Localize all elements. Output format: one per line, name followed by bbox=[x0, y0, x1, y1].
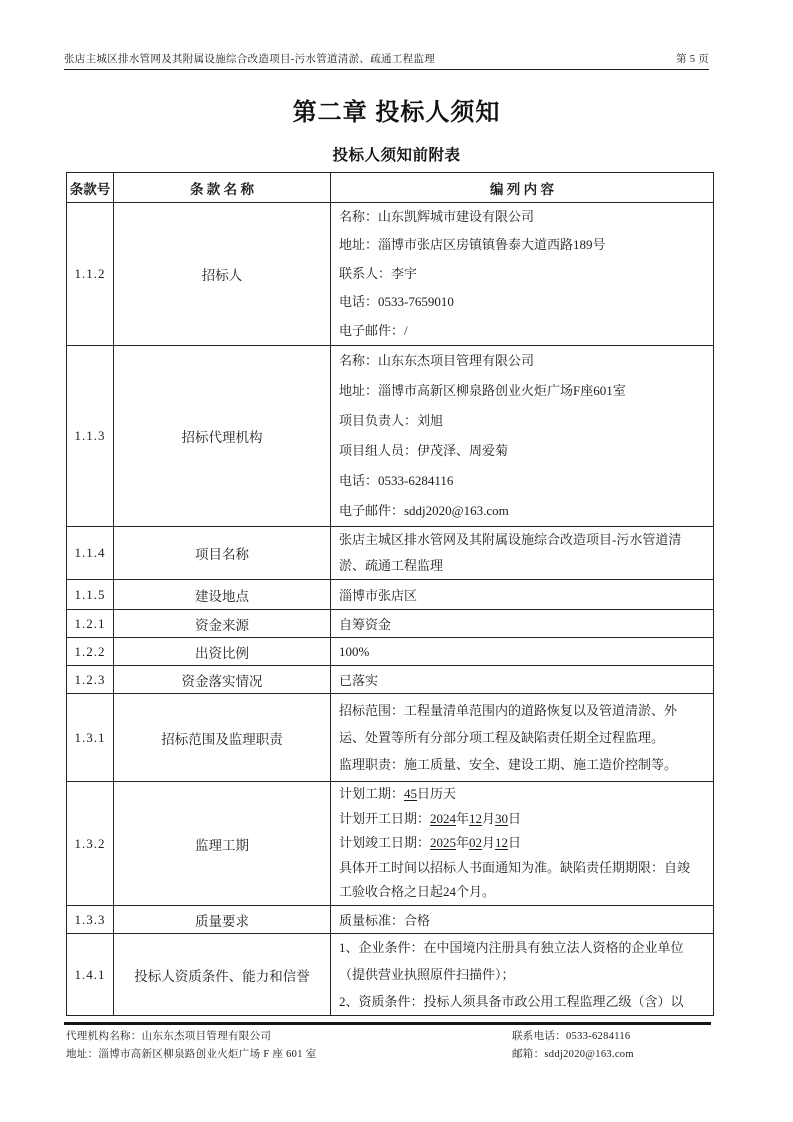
content-line: 电话：0533-6284116 bbox=[339, 466, 699, 496]
table-header-row: 条款号 条 款 名 称 编 列 内 容 bbox=[67, 173, 714, 203]
footer-line-2: 地址：淄博市高新区柳泉路创业火炬广场 F 座 601 室 邮箱：sddj2020… bbox=[66, 1046, 711, 1064]
clause-name: 资金来源 bbox=[114, 610, 331, 638]
clause-no: 1.2.2 bbox=[67, 638, 114, 666]
table-row-fund-source: 1.2.1 资金来源 自筹资金 bbox=[67, 610, 714, 638]
content-line: 地址：淄博市高新区柳泉路创业火炬广场F座601室 bbox=[339, 376, 699, 406]
table-subtitle: 投标人须知前附表 bbox=[0, 143, 793, 165]
clause-content: 100% bbox=[331, 638, 714, 666]
col-header-content: 编 列 内 容 bbox=[331, 173, 714, 203]
footer-divider bbox=[64, 1022, 711, 1025]
chapter-title: 第二章 投标人须知 bbox=[0, 92, 793, 127]
year-unit: 年 bbox=[456, 835, 469, 850]
running-header: 张店主城区排水管网及其附属设施综合改造项目-污水管道清淤、疏通工程监理 第 5 … bbox=[64, 51, 709, 70]
clause-name: 投标人资质条件、能力和信誉 bbox=[114, 934, 331, 1016]
content-line: 名称：山东东杰项目管理有限公司 bbox=[339, 346, 699, 376]
month-unit: 月 bbox=[482, 811, 495, 826]
clause-name: 招标范围及监理职责 bbox=[114, 694, 331, 782]
content-paragraph: 1、企业条件：在中国境内注册具有独立法人资格的企业单位（提供营业执照原件扫描件）… bbox=[339, 934, 699, 988]
clause-no: 1.1.2 bbox=[67, 203, 114, 346]
finish-date-label: 计划竣工日期： bbox=[339, 835, 430, 850]
finish-month: 02 bbox=[469, 835, 482, 850]
footer-phone: 联系电话：0533-6284116 bbox=[512, 1028, 630, 1046]
clause-no: 1.2.3 bbox=[67, 666, 114, 694]
clause-content: 淄博市张店区 bbox=[331, 580, 714, 610]
clause-content: 招标范围：工程量清单范围内的道路恢复以及管道清淤、外运、处置等所有分部分项工程及… bbox=[331, 694, 714, 782]
clause-no: 1.3.3 bbox=[67, 906, 114, 934]
table-row-quality: 1.3.3 质量要求 质量标准：合格 bbox=[67, 906, 714, 934]
start-year: 2024 bbox=[430, 811, 456, 826]
table-row-qualification: 1.4.1 投标人资质条件、能力和信誉 1、企业条件：在中国境内注册具有独立法人… bbox=[67, 934, 714, 1016]
clause-name: 出资比例 bbox=[114, 638, 331, 666]
running-footer: 代理机构名称：山东东杰项目管理有限公司 联系电话：0533-6284116 地址… bbox=[66, 1028, 711, 1063]
content-line: 名称：山东凯辉城市建设有限公司 bbox=[339, 203, 699, 231]
content-line: 电话：0533-7659010 bbox=[339, 288, 699, 316]
clause-name: 项目名称 bbox=[114, 527, 331, 580]
content-line: 张店主城区排水管网及其附属设施综合改造项目-污水管道清淤、疏通工程监理 bbox=[339, 527, 699, 579]
clause-content: 1、企业条件：在中国境内注册具有独立法人资格的企业单位（提供营业执照原件扫描件）… bbox=[331, 934, 714, 1016]
clause-no: 1.1.4 bbox=[67, 527, 114, 580]
clause-name: 招标代理机构 bbox=[114, 346, 331, 527]
duration-label: 计划工期： bbox=[339, 786, 404, 801]
bidder-notice-table: 条款号 条 款 名 称 编 列 内 容 1.1.2 招标人 名称：山东凯辉城市建… bbox=[66, 172, 714, 1016]
content-line: 淄博市张店区 bbox=[339, 585, 699, 604]
clause-content: 名称：山东东杰项目管理有限公司 地址：淄博市高新区柳泉路创业火炬广场F座601室… bbox=[331, 346, 714, 527]
clause-content: 质量标准：合格 bbox=[331, 906, 714, 934]
clause-no: 1.1.3 bbox=[67, 346, 114, 527]
content-line: 项目组人员：伊茂泽、周爱菊 bbox=[339, 436, 699, 466]
content-line: 100% bbox=[339, 644, 699, 660]
clause-name: 监理工期 bbox=[114, 782, 331, 906]
content-paragraph: 监理职责：施工质量、安全、建设工期、施工造价控制等。 bbox=[339, 751, 699, 778]
clause-name: 建设地点 bbox=[114, 580, 331, 610]
clause-content: 张店主城区排水管网及其附属设施综合改造项目-污水管道清淤、疏通工程监理 bbox=[331, 527, 714, 580]
finish-date-line: 计划竣工日期：2025年02月12日 bbox=[339, 831, 699, 856]
content-line: 地址：淄博市张店区房镇镇鲁泰大道西路189号 bbox=[339, 231, 699, 259]
start-day: 30 bbox=[495, 811, 508, 826]
start-month: 12 bbox=[469, 811, 482, 826]
clause-name: 资金落实情况 bbox=[114, 666, 331, 694]
finish-year: 2025 bbox=[430, 835, 456, 850]
header-project-title: 张店主城区排水管网及其附属设施综合改造项目-污水管道清淤、疏通工程监理 bbox=[64, 51, 435, 66]
footer-email: 邮箱：sddj2020@163.com bbox=[512, 1046, 634, 1064]
content-line: 自筹资金 bbox=[339, 614, 699, 633]
duration-value: 45 bbox=[404, 786, 417, 801]
table-row-agency: 1.1.3 招标代理机构 名称：山东东杰项目管理有限公司 地址：淄博市高新区柳泉… bbox=[67, 346, 714, 527]
clause-name: 招标人 bbox=[114, 203, 331, 346]
clause-no: 1.4.1 bbox=[67, 934, 114, 1016]
day-unit: 日 bbox=[508, 811, 521, 826]
document-page: 张店主城区排水管网及其附属设施综合改造项目-污水管道清淤、疏通工程监理 第 5 … bbox=[0, 0, 793, 1122]
content-line: 项目负责人：刘旭 bbox=[339, 406, 699, 436]
start-date-label: 计划开工日期： bbox=[339, 811, 430, 826]
content-line: 电子邮件：/ bbox=[339, 317, 699, 345]
content-line: 质量标准：合格 bbox=[339, 910, 699, 929]
table-row-fund-status: 1.2.3 资金落实情况 已落实 bbox=[67, 666, 714, 694]
col-header-clause-no: 条款号 bbox=[67, 173, 114, 203]
content-line: 已落实 bbox=[339, 670, 699, 689]
duration-unit: 日历天 bbox=[417, 786, 456, 801]
clause-no: 1.2.1 bbox=[67, 610, 114, 638]
planned-duration-line: 计划工期：45日历天 bbox=[339, 782, 699, 807]
clause-no: 1.1.5 bbox=[67, 580, 114, 610]
table-row-tenderer: 1.1.2 招标人 名称：山东凯辉城市建设有限公司 地址：淄博市张店区房镇镇鲁泰… bbox=[67, 203, 714, 346]
clause-name: 质量要求 bbox=[114, 906, 331, 934]
start-date-line: 计划开工日期：2024年12月30日 bbox=[339, 807, 699, 832]
clause-no: 1.3.1 bbox=[67, 694, 114, 782]
clause-content: 名称：山东凯辉城市建设有限公司 地址：淄博市张店区房镇镇鲁泰大道西路189号 联… bbox=[331, 203, 714, 346]
clause-no: 1.3.2 bbox=[67, 782, 114, 906]
table-row-project-name: 1.1.4 项目名称 张店主城区排水管网及其附属设施综合改造项目-污水管道清淤、… bbox=[67, 527, 714, 580]
col-header-clause-name: 条 款 名 称 bbox=[114, 173, 331, 203]
period-note: 具体开工时间以招标人书面通知为准。缺陷责任期期限：自竣工验收合格之日起24个月。 bbox=[339, 856, 699, 905]
table-row-scope: 1.3.1 招标范围及监理职责 招标范围：工程量清单范围内的道路恢复以及管道清淤… bbox=[67, 694, 714, 782]
content-paragraph: 2、资质条件：投标人须具备市政公用工程监理乙级（含）以 bbox=[339, 988, 699, 1015]
footer-address: 地址：淄博市高新区柳泉路创业火炬广场 F 座 601 室 bbox=[66, 1049, 317, 1060]
footer-line-1: 代理机构名称：山东东杰项目管理有限公司 联系电话：0533-6284116 bbox=[66, 1028, 711, 1046]
table-row-fund-ratio: 1.2.2 出资比例 100% bbox=[67, 638, 714, 666]
header-page-number: 第 5 页 bbox=[676, 51, 709, 66]
finish-day: 12 bbox=[495, 835, 508, 850]
content-line: 联系人：李宇 bbox=[339, 260, 699, 288]
clause-content: 已落实 bbox=[331, 666, 714, 694]
table-row-supervision-period: 1.3.2 监理工期 计划工期：45日历天 计划开工日期：2024年12月30日… bbox=[67, 782, 714, 906]
table-row-location: 1.1.5 建设地点 淄博市张店区 bbox=[67, 580, 714, 610]
clause-content: 自筹资金 bbox=[331, 610, 714, 638]
footer-agency-name: 代理机构名称：山东东杰项目管理有限公司 bbox=[66, 1031, 271, 1042]
content-paragraph: 招标范围：工程量清单范围内的道路恢复以及管道清淤、外运、处置等所有分部分项工程及… bbox=[339, 697, 699, 751]
month-unit: 月 bbox=[482, 835, 495, 850]
clause-content: 计划工期：45日历天 计划开工日期：2024年12月30日 计划竣工日期：202… bbox=[331, 782, 714, 906]
year-unit: 年 bbox=[456, 811, 469, 826]
content-line: 电子邮件：sddj2020@163.com bbox=[339, 496, 699, 526]
day-unit: 日 bbox=[508, 835, 521, 850]
